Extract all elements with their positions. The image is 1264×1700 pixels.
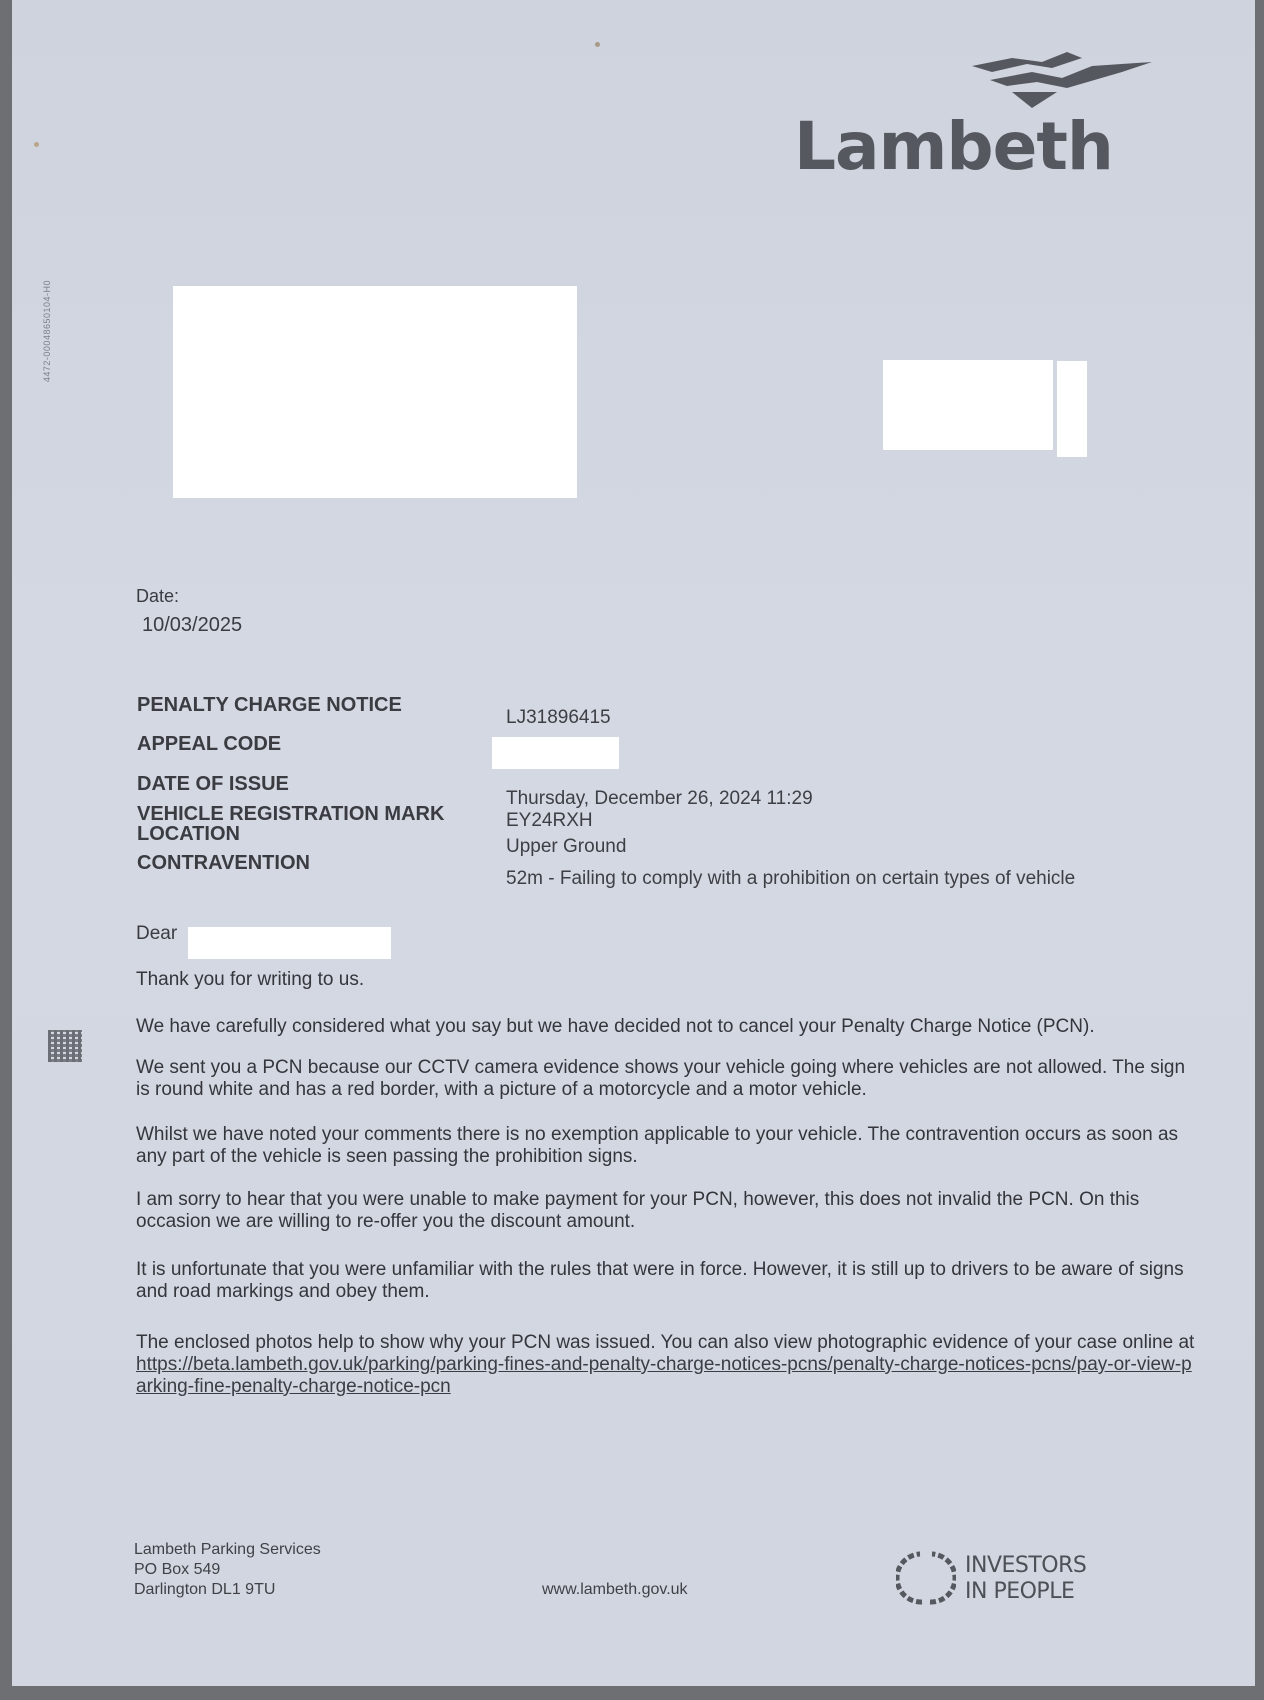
footer-address-line: Lambeth Parking Services (134, 1540, 321, 1560)
contravention-value: 52m - Failing to comply with a prohibiti… (506, 868, 1075, 890)
redacted-recipient-name (188, 927, 391, 959)
paragraph-thanks: Thank you for writing to us. (136, 969, 1196, 991)
date-label: Date: (136, 586, 179, 607)
laurel-wreath-icon (896, 1548, 956, 1608)
footer-website[interactable]: www.lambeth.gov.uk (542, 1580, 688, 1600)
lambeth-wave-logo-icon (972, 48, 1152, 108)
appeal-code-label: APPEAL CODE (137, 733, 281, 756)
photos-text: The enclosed photos help to show why you… (136, 1332, 1194, 1353)
redacted-reference-block-edge (1057, 361, 1087, 457)
paragraph-photos: The enclosed photos help to show why you… (136, 1332, 1196, 1398)
pcn-value: LJ31896415 (506, 707, 611, 729)
redacted-recipient-address (173, 286, 577, 498)
paragraph-decision: We have carefully considered what you sa… (136, 1016, 1196, 1038)
footer-address-line: PO Box 549 (134, 1560, 321, 1580)
location-value: Upper Ground (506, 836, 626, 858)
paragraph-discount: I am sorry to hear that you were unable … (136, 1189, 1196, 1233)
paper-speck (34, 142, 39, 147)
redacted-reference-block (883, 360, 1053, 450)
footer-address: Lambeth Parking Services PO Box 549 Darl… (134, 1540, 321, 1600)
paper-speck (595, 42, 600, 47)
badge-line-1: INVESTORS (965, 1553, 1086, 1579)
letter-page: Lambeth 4472-00048650104-H0 Date: 10/03/… (12, 0, 1255, 1686)
organisation-logo-text: Lambeth (794, 108, 1113, 185)
redacted-appeal-code (492, 737, 619, 769)
vrm-value: EY24RXH (506, 810, 593, 832)
paragraph-exemption: Whilst we have noted your comments there… (136, 1124, 1196, 1168)
paragraph-rules: It is unfortunate that you were unfamili… (136, 1259, 1196, 1303)
date-of-issue-label: DATE OF ISSUE (137, 773, 289, 796)
location-label: LOCATION (137, 823, 240, 846)
pcn-label: PENALTY CHARGE NOTICE (137, 694, 402, 717)
date-of-issue-value: Thursday, December 26, 2024 11:29 (506, 788, 813, 810)
contravention-label: CONTRAVENTION (137, 852, 310, 875)
side-reference-code: 4472-00048650104-H0 (42, 280, 52, 382)
date-value: 10/03/2025 (142, 614, 242, 637)
investors-in-people-badge: INVESTORS IN PEOPLE (965, 1553, 1086, 1605)
qr-code-icon (48, 1030, 82, 1062)
paragraph-reason: We sent you a PCN because our CCTV camer… (136, 1057, 1196, 1101)
salutation: Dear (136, 923, 177, 945)
badge-line-2: IN PEOPLE (965, 1579, 1086, 1605)
footer-address-line: Darlington DL1 9TU (134, 1580, 321, 1600)
evidence-link[interactable]: https://beta.lambeth.gov.uk/parking/park… (136, 1354, 1192, 1397)
